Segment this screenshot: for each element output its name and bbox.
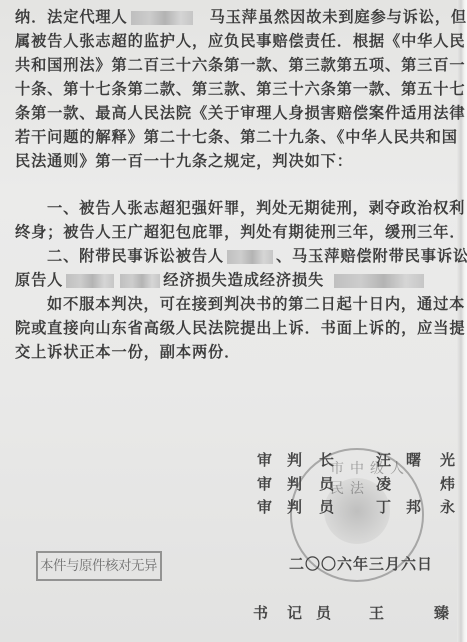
body-line-14: 交上诉状正本一份，副本两份．	[15, 340, 455, 364]
body-line-4: 十条、第十七条第二款、第三款、第三十六条第一款、第五十七	[15, 77, 455, 101]
redacted-name	[66, 274, 114, 288]
body-line-5: 条第一款、最高人民法院《关于审理人身损害赔偿案件适用法律	[15, 101, 455, 125]
signature-row-judge-1: 审 判 员 凌 炜	[0, 473, 467, 495]
body-line-11: 原告人经济损失造成经济损失	[15, 268, 455, 292]
judgment-date: 二〇〇六年三月六日	[289, 553, 433, 574]
body-line-13: 院或直接向山东省高级人民法院提出上诉．书面上诉的，应当提	[15, 316, 455, 340]
body-line-10: 二、附带民事诉讼被告人、马玉萍赔偿附带民事诉讼	[47, 244, 455, 268]
body-line-12: 如不服本判决，可在接到判决书的第二日起十日内，通过本	[47, 292, 455, 316]
body-line-2: 属被告人张志超的监护人，应负民事赔偿责任．根据《中华人民	[15, 29, 455, 53]
body-line-1: 纳．法定代理人马玉萍虽然因故未到庭参与诉讼，但其	[15, 5, 455, 29]
redacted-name	[131, 11, 193, 25]
signature-row-judge-2: 审 判 员 丁 邦 永	[0, 496, 467, 518]
redacted-name	[227, 250, 273, 264]
body-line-9: 终身；被告人王广超犯包庇罪，判处有期徒刑三年，缓刑三年．	[15, 220, 455, 244]
redacted-amount	[334, 274, 424, 288]
signature-row-presiding-judge: 审 判 长 汪 曙 光	[0, 449, 467, 471]
body-line-7: 民法通则》第一百一十九条之规定，判决如下：	[15, 149, 455, 173]
redacted-name	[120, 274, 160, 288]
clerk-row: 书 记 员 王 臻	[0, 602, 467, 624]
body-line-8: 一、被告人张志超犯强奸罪，判处无期徒刑，剥夺政治权利	[47, 196, 455, 220]
body-line-6: 若干问题的解释》第二十七条、第二十九条、《中华人民共和国	[15, 125, 455, 149]
certification-stamp: 本件与原件核对无异	[36, 551, 162, 581]
body-line-3: 共和国刑法》第二百三十六条第一款、第三款第五项、第三百一	[15, 53, 455, 77]
